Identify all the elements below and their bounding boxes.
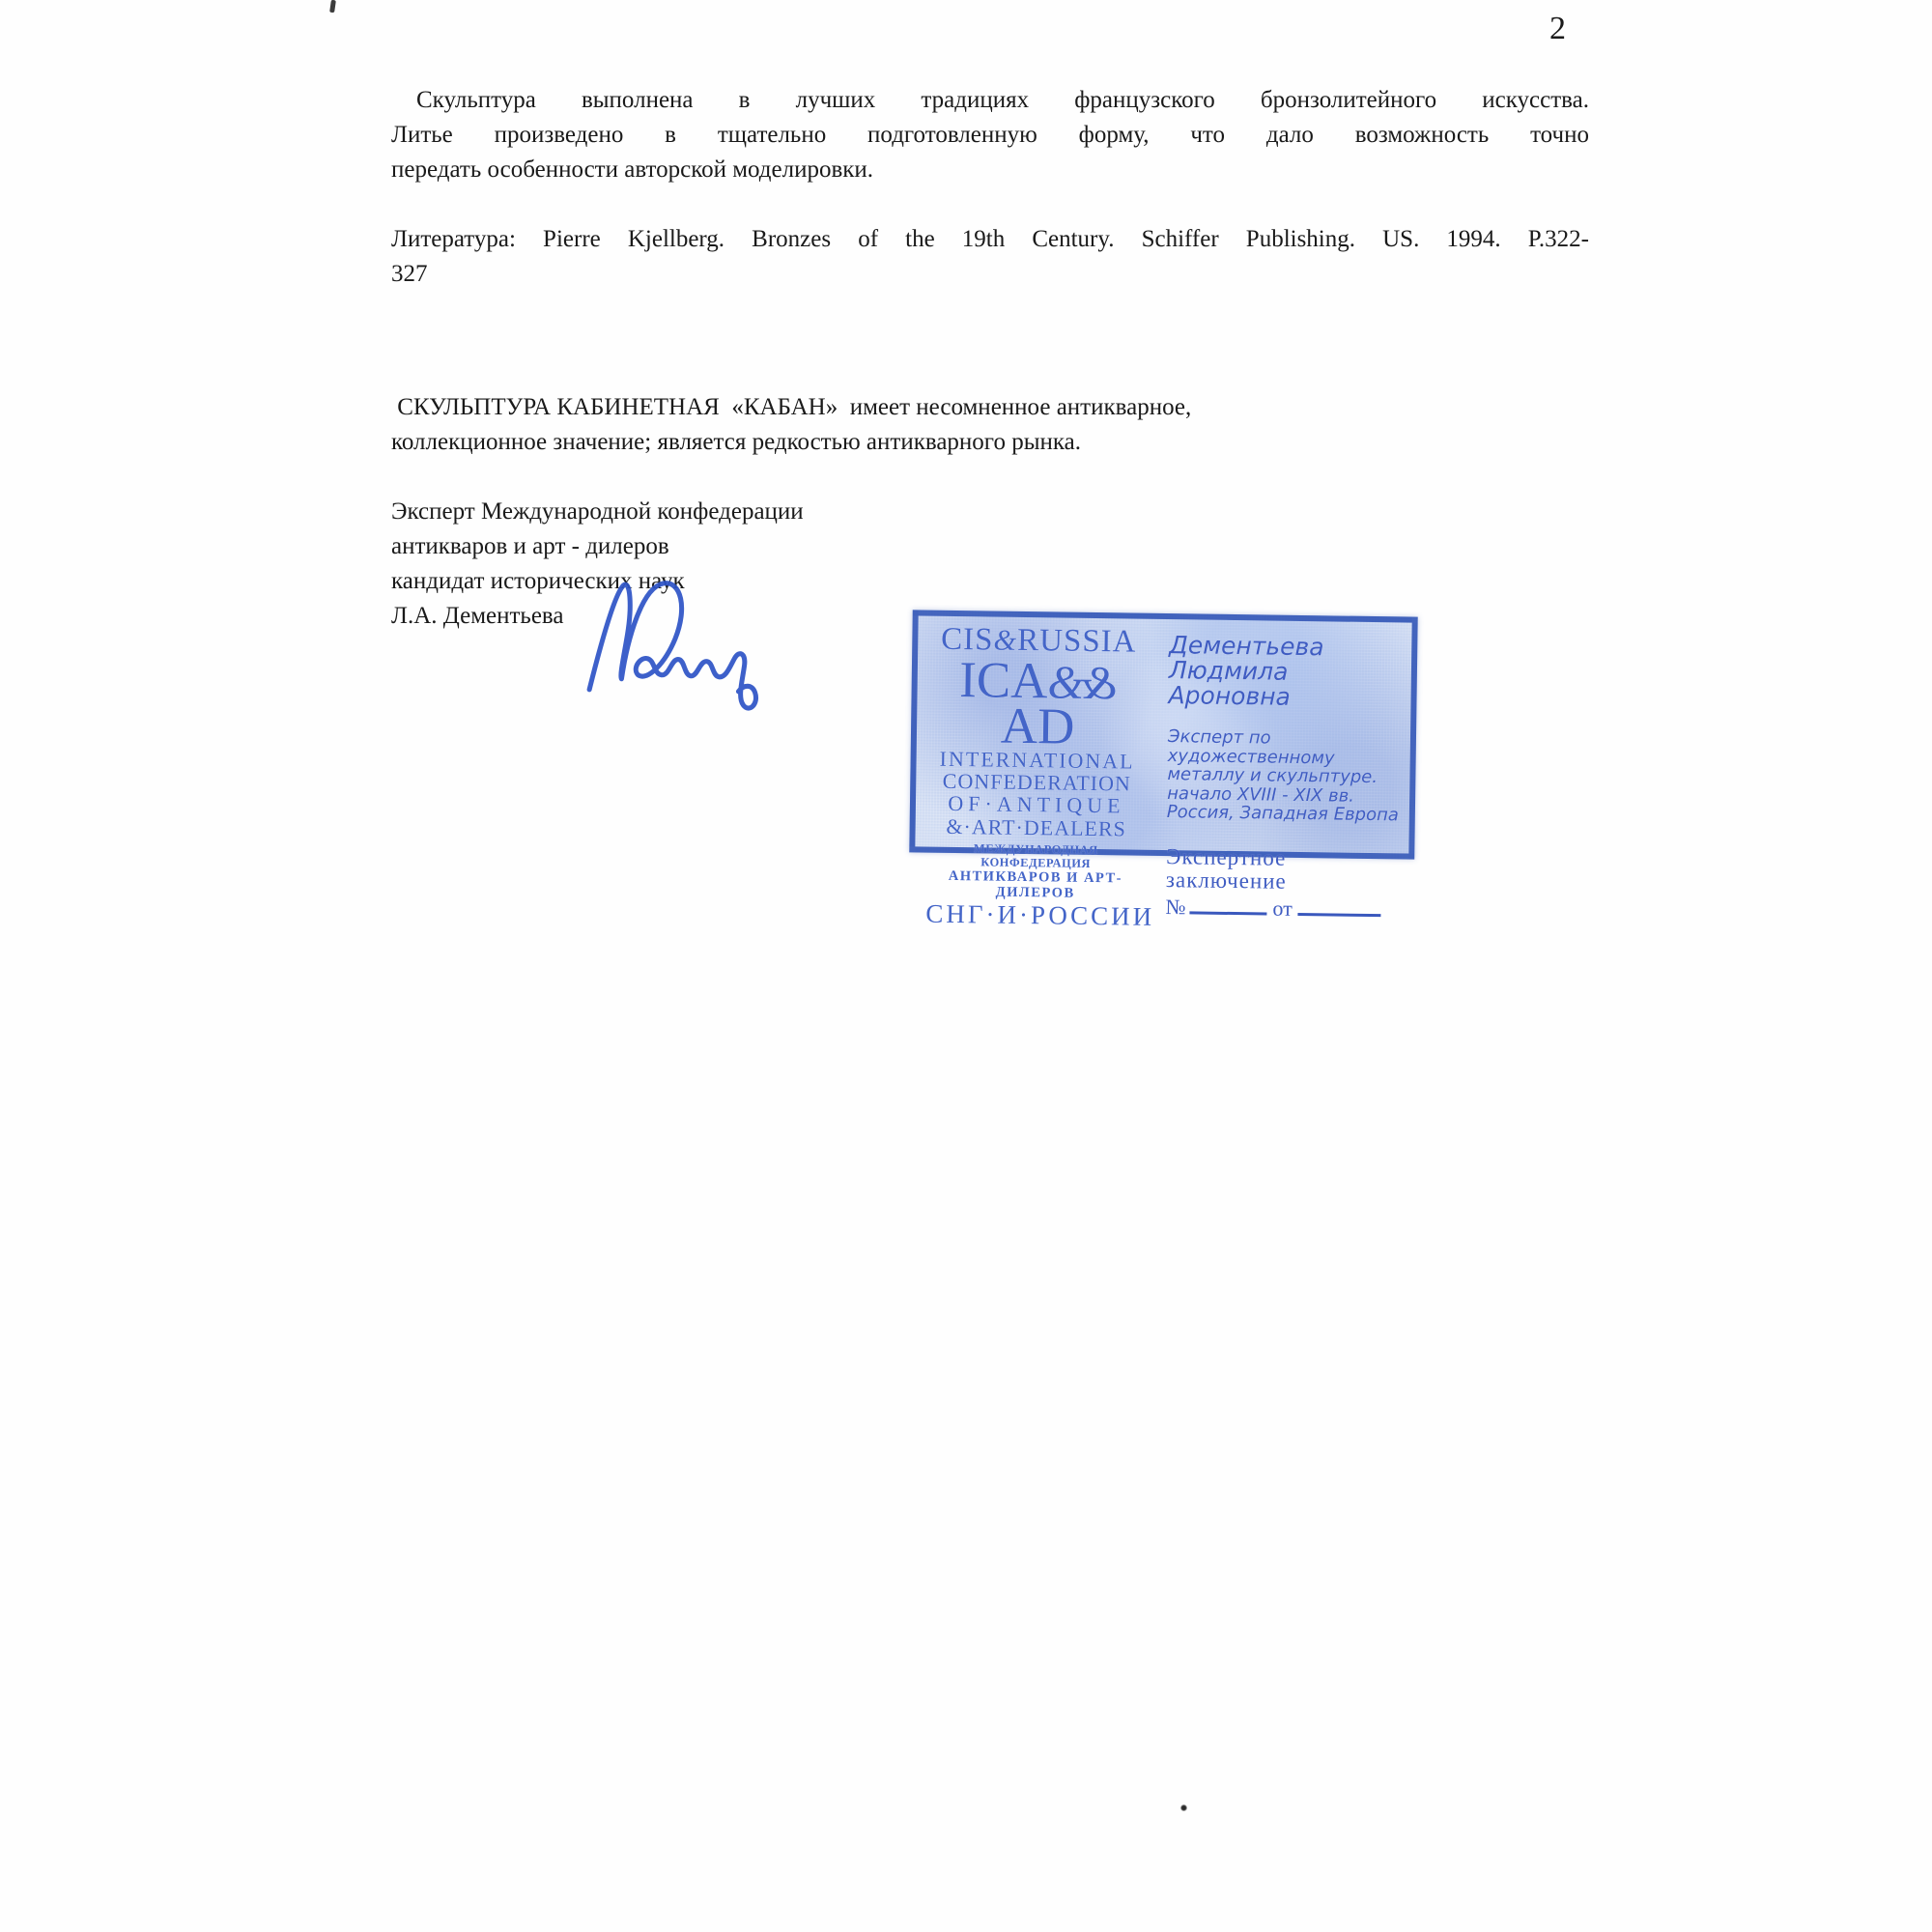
scan-artifact-dot: [1180, 1804, 1187, 1811]
page-number: 2: [1549, 12, 1566, 46]
paragraph-line: коллекционное значение; является редкост…: [391, 425, 1589, 460]
paragraph-line: Скульптура выполнена в лучших традициях …: [391, 83, 1589, 118]
paragraph-line: 327: [391, 257, 1589, 292]
stamp-art-dealers: &·ART·DEALERS: [926, 815, 1145, 841]
paragraph-literature: Литература: Pierre Kjellberg. Bronzes of…: [391, 222, 1589, 292]
stamp-date-label: от: [1272, 895, 1293, 920]
scanned-document-page: 2 Скульптура выполнена в лучших традиция…: [0, 0, 1932, 1932]
stamp-date-blank-line: [1298, 897, 1381, 916]
organization-stamp: CIS&RUSSIA ICA&&AD INTERNATIONAL CONFEDE…: [909, 610, 1417, 859]
paragraph-line: Литература: Pierre Kjellberg. Bronzes of…: [391, 222, 1589, 257]
stamp-expert-specialty: Эксперт по художественному металлу и ску…: [1167, 727, 1411, 825]
stamp-left-column: CIS&RUSSIA ICA&&AD INTERNATIONAL CONFEDE…: [925, 622, 1148, 931]
stamp-conclusion-label: Экспертное заключение: [1166, 845, 1410, 895]
scan-artifact-speck: [329, 0, 336, 13]
stamp-number-date-line: №от: [1165, 895, 1408, 923]
stamp-number-blank-line: [1189, 896, 1266, 915]
paragraph-conclusion: СКУЛЬПТУРА КАБИНЕТНАЯ «КАБАН» имеет несо…: [391, 390, 1589, 460]
stamp-ru-dealers: АНТИКВАРОВ И АРТ-ДИЛЕРОВ: [926, 868, 1145, 902]
paragraph-line: Литье произведено в тщательно подготовле…: [391, 118, 1589, 153]
stamp-number-sign: №: [1165, 895, 1185, 919]
stamp-detail-line: Эксперт по художественному: [1168, 727, 1412, 769]
paragraph-line: СКУЛЬПТУРА КАБИНЕТНАЯ «КАБАН» имеет несо…: [391, 390, 1589, 425]
stamp-right-column: Дементьева Людмила Ароновна Эксперт по х…: [1165, 633, 1412, 922]
stamp-detail-line: Россия, Западная Европа: [1167, 803, 1410, 825]
expert-line: Эксперт Международной конфедерации: [391, 495, 1125, 529]
handwritten-signature: [578, 573, 802, 727]
ampersand-flourish-mirrored: &: [1080, 661, 1118, 706]
stamp-ru-confederation: МЕЖДУНАРОДНАЯ КОНФЕДЕРАЦИЯ: [926, 841, 1145, 871]
stamp-cis-and-russia-ru: СНГ·И·РОССИИ: [925, 899, 1144, 931]
paragraph-line: передать особенности авторской моделиров…: [391, 153, 1589, 187]
paragraph-sculpture: Скульптура выполнена в лучших традициях …: [391, 83, 1589, 187]
stamp-icaad: ICA&&AD: [928, 658, 1148, 751]
stamp-expert-given-names: Людмила Ароновна: [1168, 658, 1412, 712]
signature-stroke: [589, 583, 755, 708]
expert-line: антикваров и арт - дилеров: [391, 529, 1125, 564]
